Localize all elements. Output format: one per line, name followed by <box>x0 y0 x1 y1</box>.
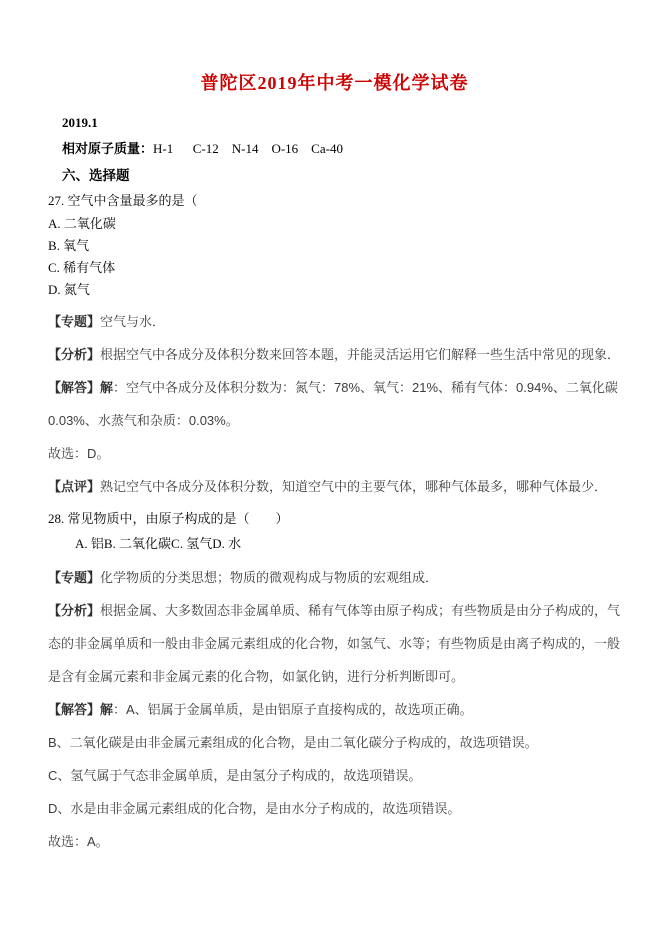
question-27: 27. 空气中含量最多的是（ A. 二氧化碳 B. 氧气 C. 稀有气体 D. … <box>48 189 621 503</box>
section-heading: 六、选择题 <box>62 162 621 189</box>
exam-meta: 2019.1 相对原子质量：H-1 C-12 N-14 O-16 Ca-40 六… <box>62 110 621 189</box>
explanation-label: 【分析】 <box>48 347 100 362</box>
atomic-mass-label: 相对原子质量： <box>62 141 153 156</box>
explanation-paragraph-analysis: 【分析】根据空气中各成分及体积分数来回答本题，并能灵活运用它们解释一些生活中常见… <box>48 338 621 371</box>
explanation-text: 根据空气中各成分及体积分数来回答本题，并能灵活运用它们解释一些生活中常见的现象． <box>100 347 620 362</box>
question-27-option-d: D. 氮气 <box>48 279 621 301</box>
explanation-text: D、水是由非金属元素组成的化合物，是由水分子构成的，故选项错误。 <box>48 801 460 816</box>
explanation-label: 【解答】解 <box>48 702 113 717</box>
explanation-paragraph-answer-b: B、二氧化碳是由非金属元素组成的化合物，是由二氧化碳分子构成的，故选项错误。 <box>48 726 621 759</box>
question-27-option-b: B. 氧气 <box>48 235 621 257</box>
explanation-paragraph-analysis: 【分析】根据金属、大多数固态非金属单质、稀有气体等由原子构成；有些物质是由分子构… <box>48 594 621 693</box>
explanation-paragraph-answer: 【解答】解：空气中各成分及体积分数为：氮气：78%、氧气：21%、稀有气体：0.… <box>48 371 621 437</box>
explanation-text: B、二氧化碳是由非金属元素组成的化合物，是由二氧化碳分子构成的，故选项错误。 <box>48 735 538 750</box>
explanation-paragraph-answer-a: 【解答】解：A、铝属于金属单质，是由铝原子直接构成的，故选项正确。 <box>48 693 621 726</box>
explanation-paragraph-answer-d: D、水是由非金属元素组成的化合物，是由水分子构成的，故选项错误。 <box>48 792 621 825</box>
explanation-text: 化学物质的分类思想；物质的微观构成与物质的宏观组成． <box>100 570 438 585</box>
atomic-mass-line: 相对原子质量：H-1 C-12 N-14 O-16 Ca-40 <box>62 136 621 162</box>
explanation-text: 根据金属、大多数固态非金属单质、稀有气体等由原子构成；有些物质是由分子构成的，气… <box>48 603 620 684</box>
question-28-explanations: 【专题】化学物质的分类思想；物质的微观构成与物质的宏观组成． 【分析】根据金属、… <box>48 561 621 858</box>
explanation-text: 空气与水． <box>100 314 165 329</box>
explanation-text: 故选：A。 <box>48 834 109 849</box>
explanation-paragraph-comment: 【点评】熟记空气中各成分及体积分数，知道空气中的主要气体，哪种气体最多，哪种气体… <box>48 470 621 503</box>
explanation-label: 【解答】解 <box>48 380 113 395</box>
explanation-label: 【专题】 <box>48 570 100 585</box>
exam-date: 2019.1 <box>62 110 621 136</box>
question-28-header: 28. 常见物质中，由原子构成的是（ ） <box>48 507 621 531</box>
question-27-header: 27. 空气中含量最多的是（ <box>48 189 621 213</box>
atomic-mass-values: H-1 C-12 N-14 O-16 Ca-40 <box>153 141 343 156</box>
explanation-text: 故选：D。 <box>48 446 109 461</box>
explanation-paragraph-choice: 故选：D。 <box>48 437 621 470</box>
explanation-text: ：A、铝属于金属单质，是由铝原子直接构成的，故选项正确。 <box>113 702 473 717</box>
explanation-text: C、氢气属于气态非金属单质，是由氢分子构成的，故选项错误。 <box>48 768 421 783</box>
question-27-option-c: C. 稀有气体 <box>48 257 621 279</box>
explanation-label: 【专题】 <box>48 314 100 329</box>
explanation-label: 【点评】 <box>48 479 100 494</box>
explanation-label: 【分析】 <box>48 603 100 618</box>
explanation-text: ：空气中各成分及体积分数为：氮气：78%、氧气：21%、稀有气体：0.94%、二… <box>48 380 618 428</box>
question-27-explanations: 【专题】空气与水． 【分析】根据空气中各成分及体积分数来回答本题，并能灵活运用它… <box>48 305 621 503</box>
question-28-options: A. 铝B. 二氧化碳C. 氢气D. 水 <box>75 531 621 557</box>
document-title: 普陀区2019年中考一模化学试卷 <box>48 70 621 96</box>
explanation-text: 熟记空气中各成分及体积分数，知道空气中的主要气体，哪种气体最多，哪种气体最少． <box>100 479 607 494</box>
explanation-paragraph-answer-c: C、氢气属于气态非金属单质，是由氢分子构成的，故选项错误。 <box>48 759 621 792</box>
document-page: 普陀区2019年中考一模化学试卷 2019.1 相对原子质量：H-1 C-12 … <box>0 0 661 936</box>
question-28: 28. 常见物质中，由原子构成的是（ ） A. 铝B. 二氧化碳C. 氢气D. … <box>48 507 621 858</box>
question-27-option-a: A. 二氧化碳 <box>48 213 621 235</box>
explanation-paragraph-topic: 【专题】空气与水． <box>48 305 621 338</box>
explanation-paragraph-choice: 故选：A。 <box>48 825 621 858</box>
explanation-paragraph-topic: 【专题】化学物质的分类思想；物质的微观构成与物质的宏观组成． <box>48 561 621 594</box>
